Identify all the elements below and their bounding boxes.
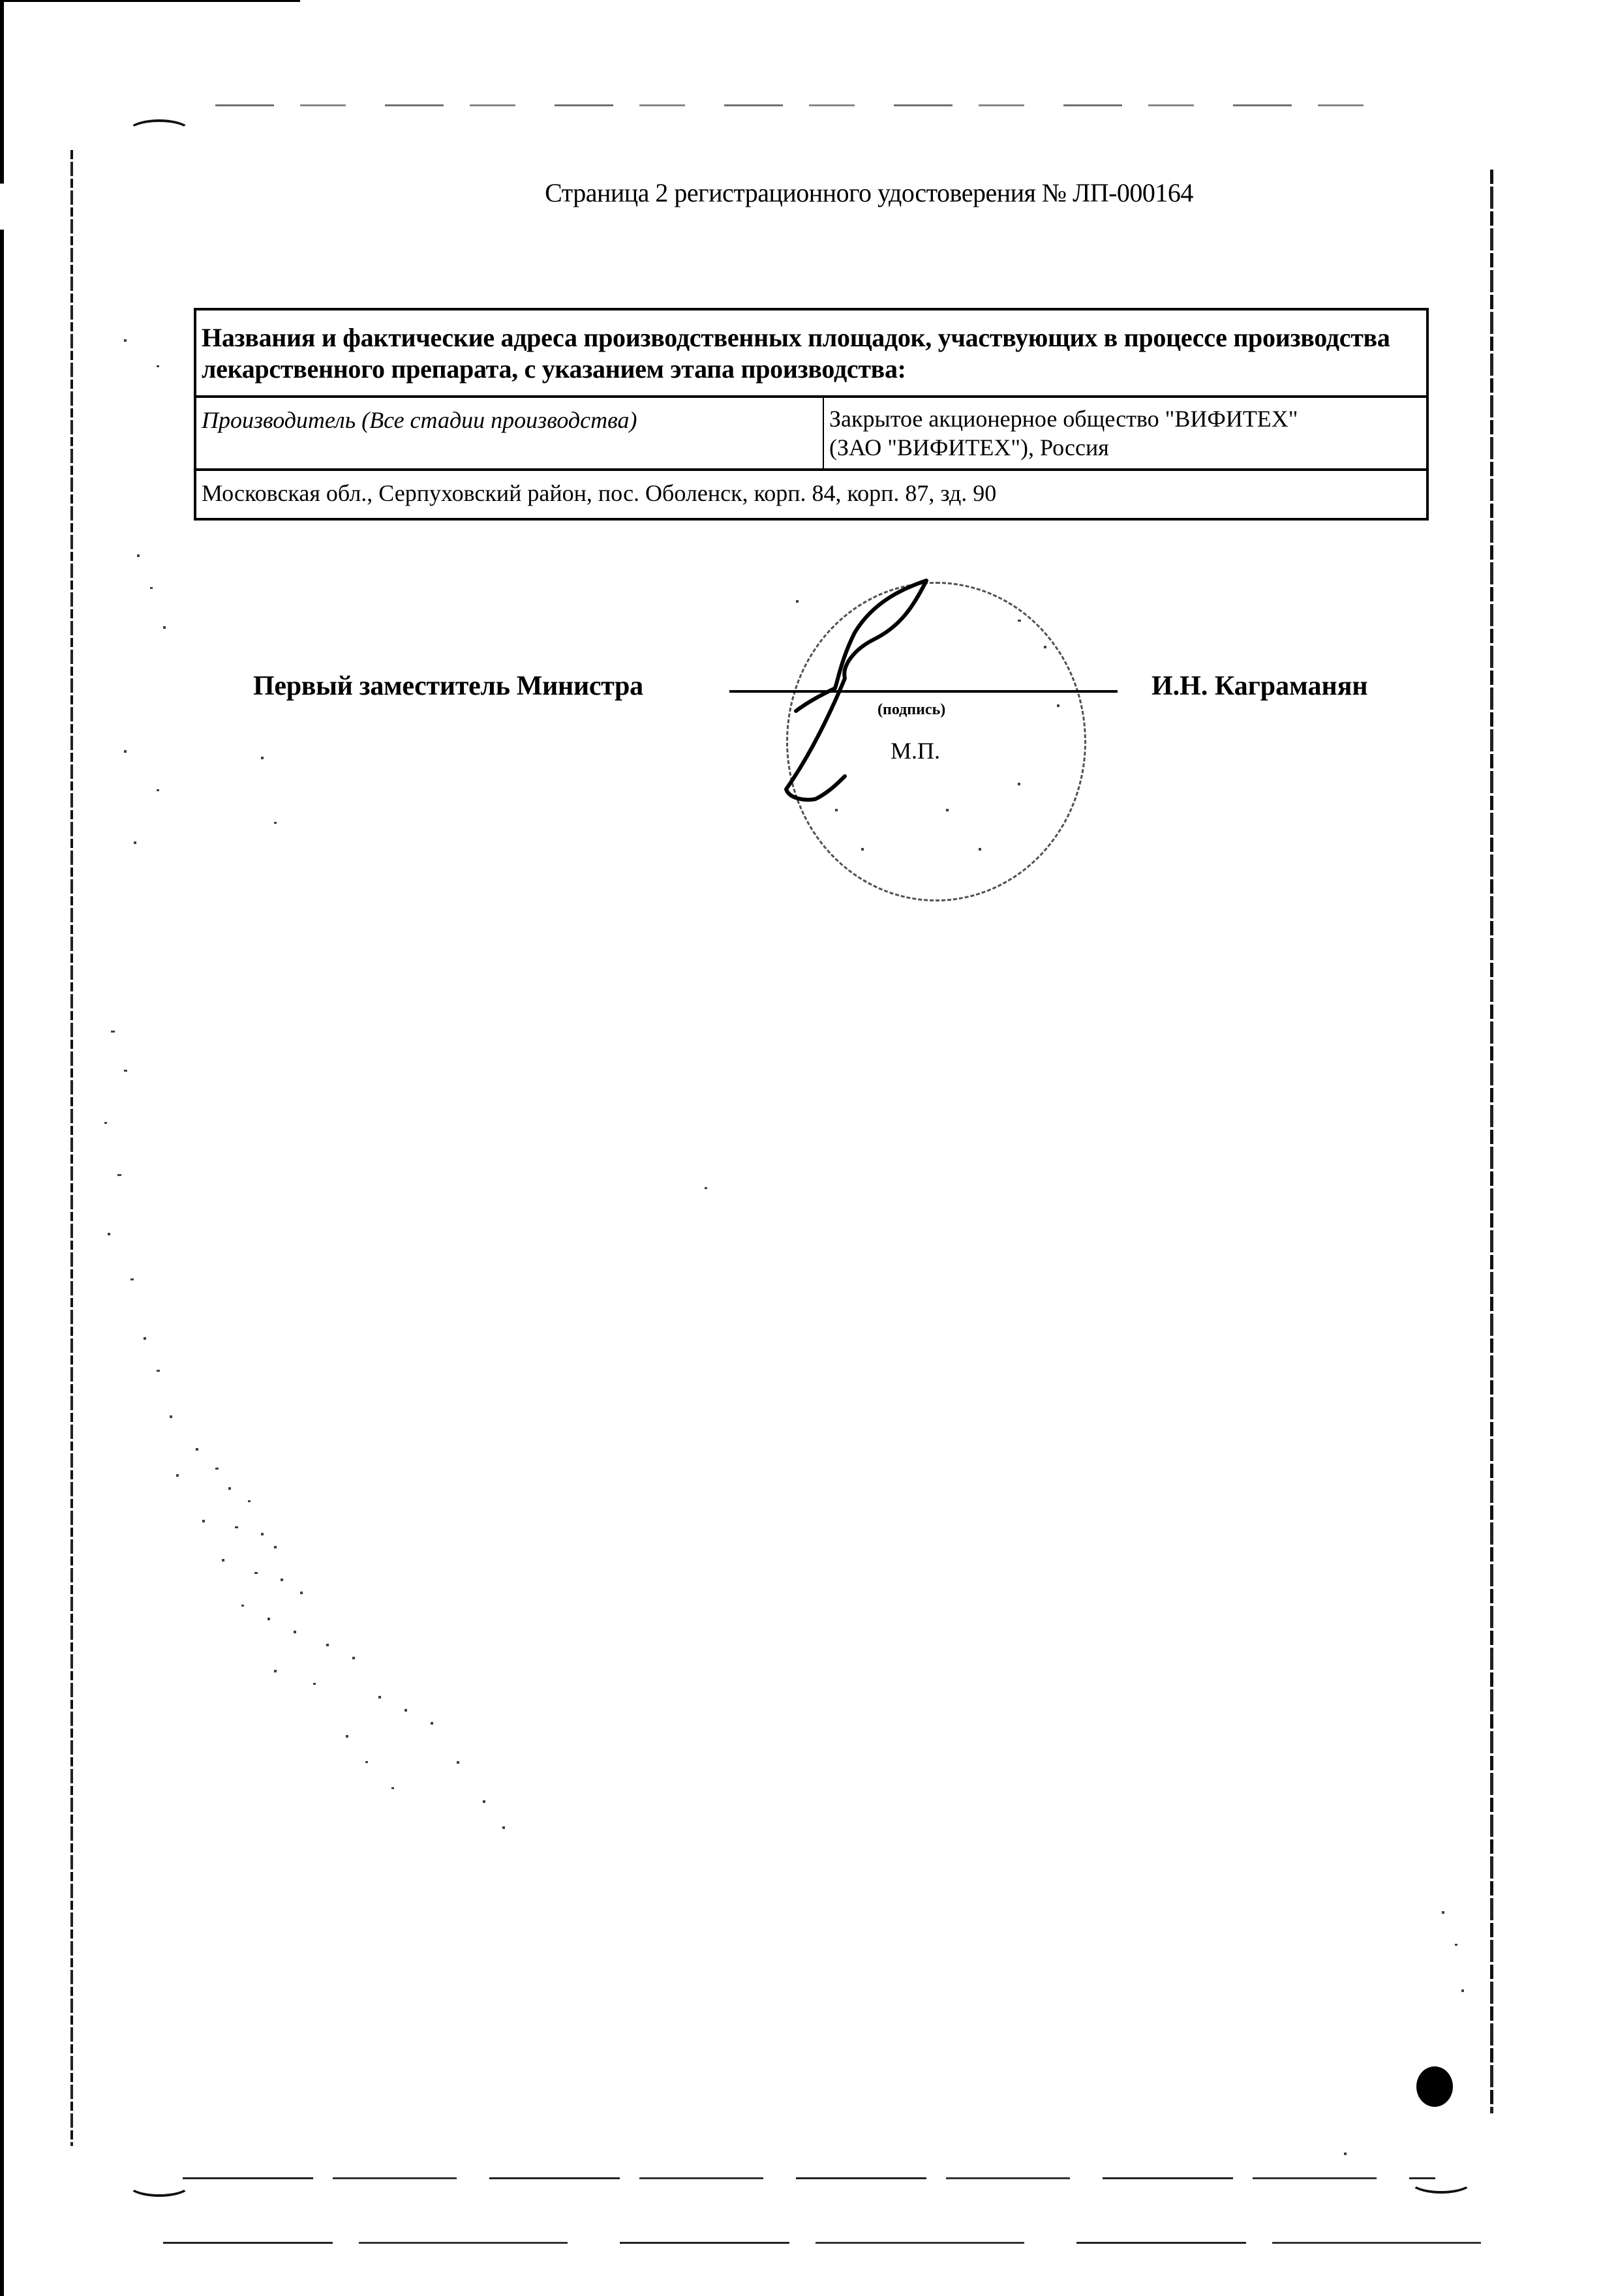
scan-noise-icon [0, 0, 1601, 2296]
